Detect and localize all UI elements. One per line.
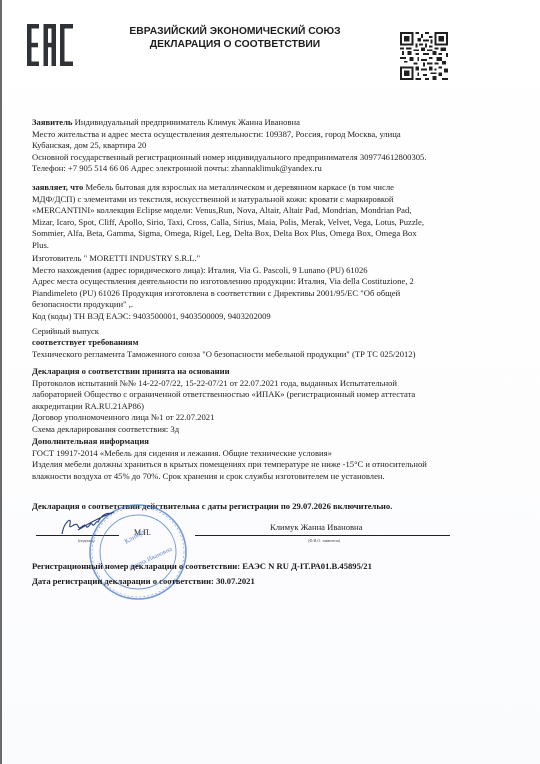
compliance-label: соответствует требованиям [32, 337, 138, 347]
product-models-3: Sommier, Alfa, Beta, Gamma, Sigma, Omega… [32, 228, 502, 240]
product-models-1: «MERCANTINI» коллекция Eclipse модели: V… [32, 205, 502, 217]
signature-scribble-icon [58, 510, 116, 540]
basis-laboratory: лабораторией Общество с ограниченной отв… [32, 389, 502, 401]
manufacturer-directive-cont: безопасности продукции" ,. [32, 299, 502, 311]
basis-scheme: Схема декларирования соответствия: 3д [32, 424, 502, 436]
manufacturer-directive: Piandimeleto (PU) 61026 Продукция изгото… [32, 288, 502, 300]
additional-gost: ГОСТ 19917-2014 «Мебель для сидения и ле… [32, 448, 502, 460]
hs-codes: Код (коды) ТН ВЭД ЕАЭС: 9403500001, 9403… [32, 311, 502, 323]
declaration-title: ДЕКЛАРАЦИЯ О СООТВЕТСТВИИ [120, 38, 350, 51]
declares-label: заявляет, что [32, 182, 83, 192]
registration-number: Регистрационный номер декларации о соотв… [32, 561, 372, 571]
registration-date: Дата регистрации декларации о соответств… [32, 576, 255, 586]
additional-section: Дополнительная информация ГОСТ 19917-201… [32, 436, 502, 482]
basis-contract: Договор уполномоченного лица №1 от 22.07… [32, 412, 502, 424]
applicant-address-cont: Кубанская, дом 25, квартира 20 [32, 140, 502, 152]
manufacturer-section: Изготовитель " MORETTI INDUSTRY S.R.L." … [32, 253, 502, 311]
product-desc-2: МДФ/ДСП) с элементами из текстиля, искус… [32, 194, 502, 206]
basis-label: Декларация о соответствии принята на осн… [32, 366, 230, 376]
manufacturer-production-address: Адрес места осуществления деятельности п… [32, 276, 502, 288]
serial-production: Серийный выпуск [32, 326, 502, 338]
additional-label: Дополнительная информация [32, 436, 149, 446]
document-header: ЕВРАЗИЙСКИЙ ЭКОНОМИЧЕСКИЙ СОЮЗ ДЕКЛАРАЦИ… [120, 25, 350, 51]
signer-caption: (Ф.И.О. заявителя) [308, 538, 340, 543]
additional-storage-cont: влажности воздуха от 45% до 70%. Срок хр… [32, 471, 502, 483]
applicant-label: Заявитель [32, 117, 72, 127]
product-models-2: Mizar, Icaro, Spot, Cliff, Apollo, Sirio… [32, 217, 502, 229]
eac-logo-icon [27, 24, 73, 66]
applicant-section: Заявитель Индивидуальный предприниматель… [32, 117, 502, 175]
manufacturer-legal-address: Место нахождения (адрес юридического лиц… [32, 265, 502, 277]
product-models-4: Plus. [32, 240, 502, 252]
applicant-address: Место жительства и адрес места осуществл… [32, 129, 502, 141]
product-desc: Мебель бытовая для взрослых на металличе… [86, 182, 394, 192]
additional-storage: Изделия мебели должны храниться в крытых… [32, 459, 502, 471]
signer-name: Климук Жанна Ивановна [270, 522, 362, 532]
codes-section: Код (коды) ТН ВЭД ЕАЭС: 9403500001, 9403… [32, 311, 502, 360]
signer-line [195, 535, 450, 536]
compliance-regulation: Технического регламента Таможенного союз… [32, 349, 502, 361]
applicant-ogrnip: Основной государственный регистрационный… [32, 152, 502, 164]
basis-accreditation: аккредитации RA.RU.21АР86) [32, 401, 502, 413]
applicant-name: Индивидуальный предприниматель Климук Жа… [75, 117, 300, 127]
union-title: ЕВРАЗИЙСКИЙ ЭКОНОМИЧЕСКИЙ СОЮЗ [120, 25, 350, 38]
svg-text:Климук: Климук [123, 527, 148, 546]
product-section: заявляет, что Мебель бытовая для взрослы… [32, 182, 502, 252]
basis-section: Декларация о соответствии принята на осн… [32, 366, 502, 436]
qr-code-icon [400, 30, 448, 82]
basis-protocols: Протоколов испытаний №№ 14-22-07/22, 15-… [32, 378, 502, 390]
declaration-page: ЕВРАЗИЙСКИЙ ЭКОНОМИЧЕСКИЙ СОЮЗ ДЕКЛАРАЦИ… [0, 0, 540, 764]
applicant-contacts: Телефон: +7 905 514 66 06 Адрес электрон… [32, 163, 502, 175]
manufacturer-name: Изготовитель " MORETTI INDUSTRY S.R.L." [32, 253, 502, 265]
